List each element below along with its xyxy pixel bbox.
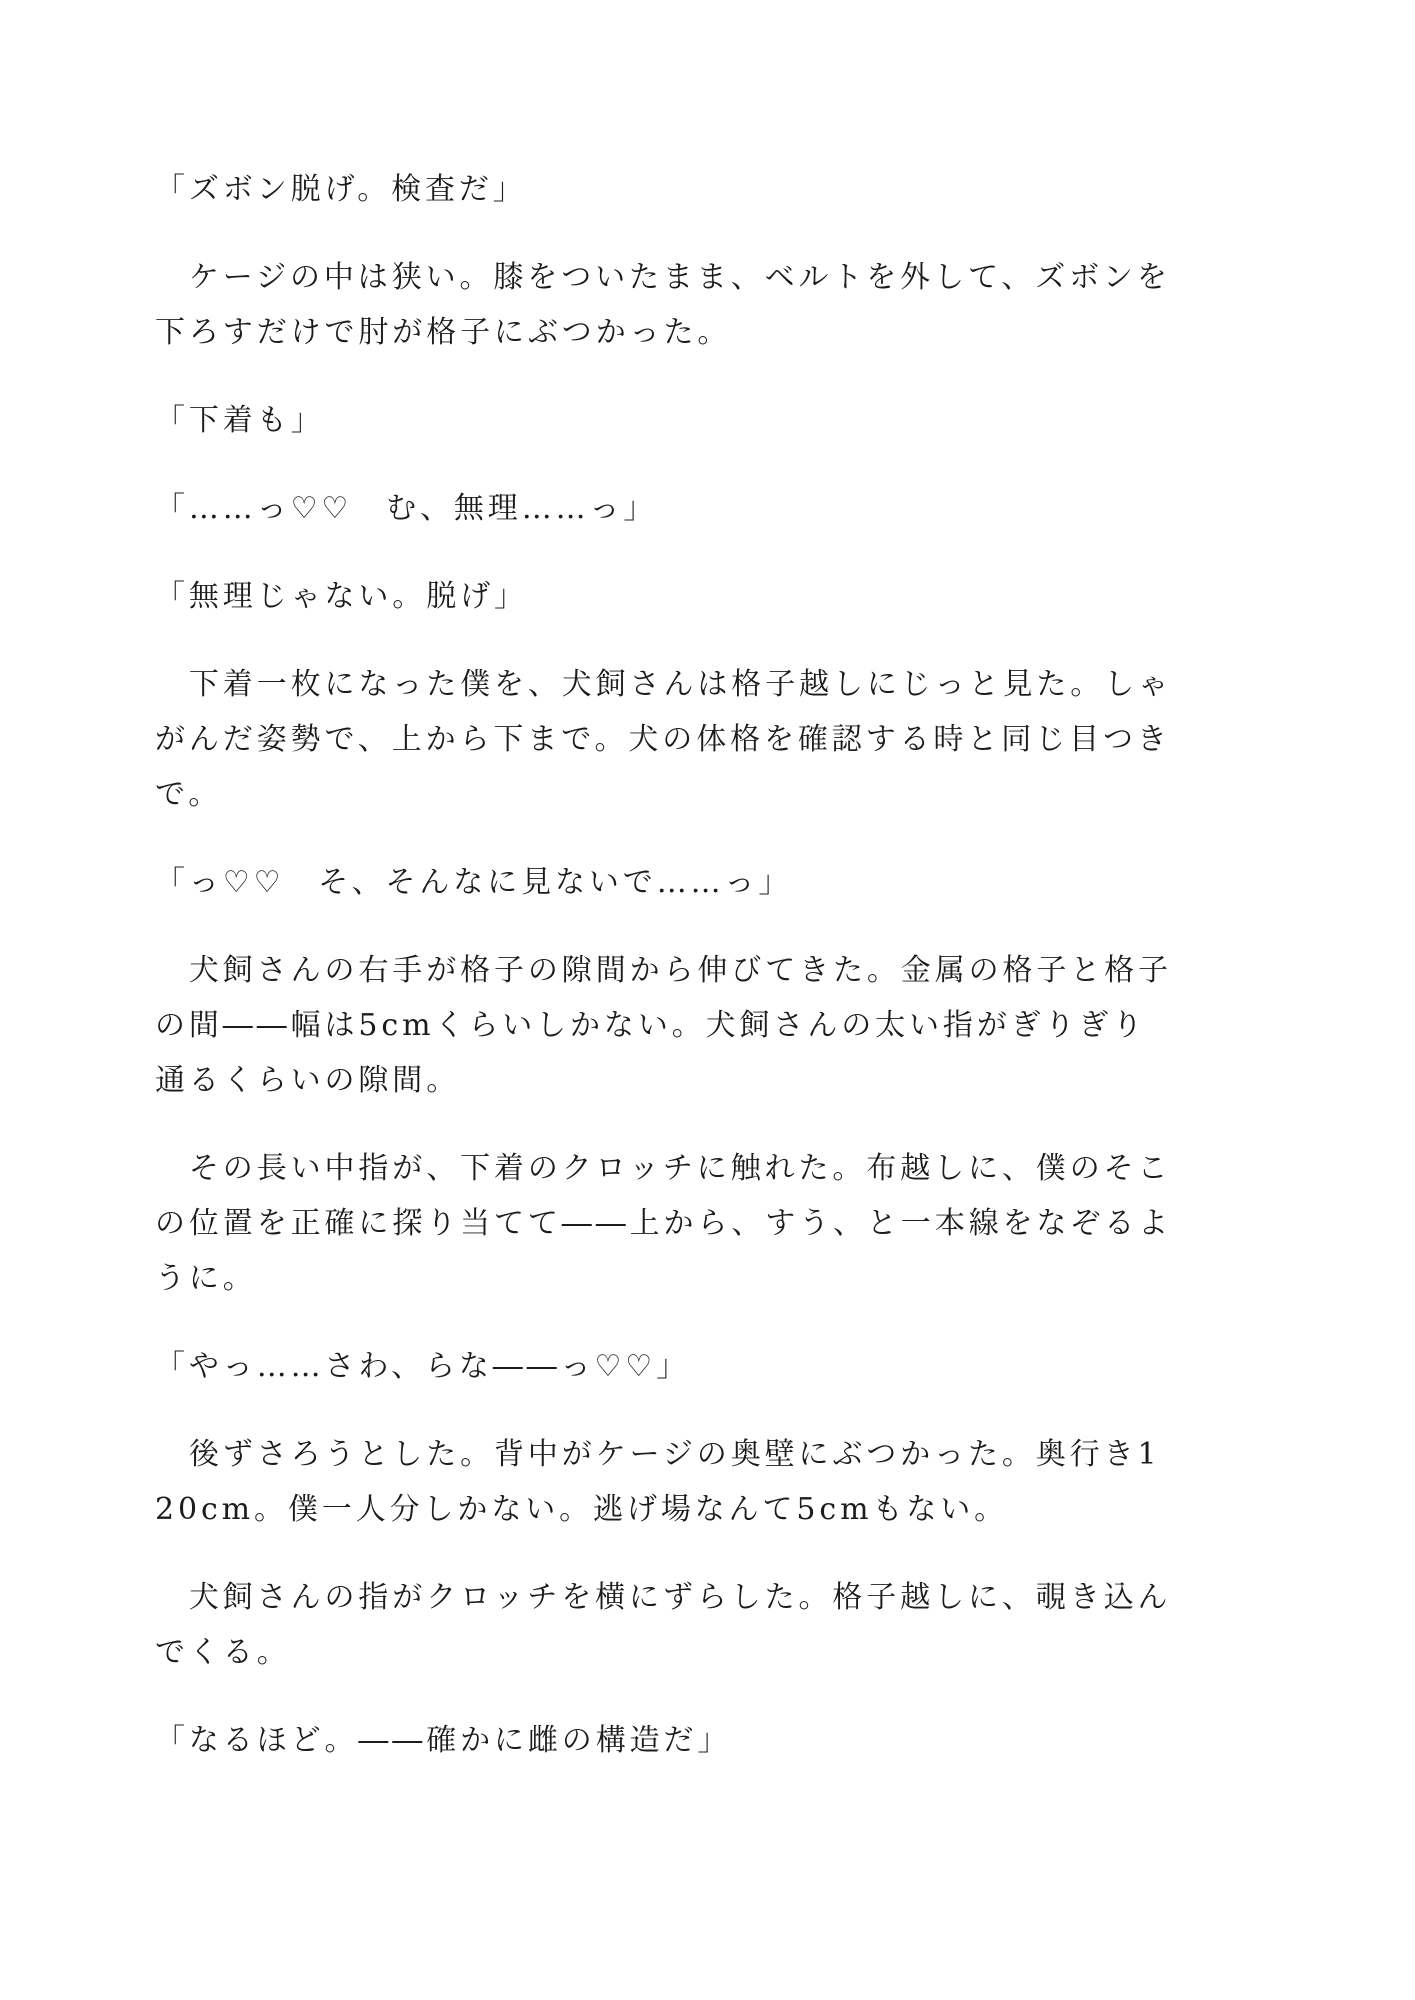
- narration-line: ケージの中は狭い。膝をついたまま、ベルトを外して、ズボンを: [155, 250, 1285, 305]
- narration-paragraph: 下着一枚になった僕を、犬飼さんは格子越しにじっと見た。しゃ がんだ姿勢で、上から…: [155, 657, 1285, 822]
- narration-line: 犬飼さんの右手が格子の隙間から伸びてきた。金属の格子と格子: [155, 943, 1285, 998]
- narration-paragraph: その長い中指が、下着のクロッチに触れた。布越しに、僕のそこ の位置を正確に探り当…: [155, 1141, 1285, 1306]
- narration-paragraph: 犬飼さんの右手が格子の隙間から伸びてきた。金属の格子と格子 の間――幅は5cmく…: [155, 943, 1285, 1108]
- narration-line: の位置を正確に探り当てて――上から、すう、と一本線をなぞるよ: [155, 1196, 1285, 1251]
- narration-line: の間――幅は5cmくらいしかない。犬飼さんの太い指がぎりぎり: [155, 998, 1285, 1053]
- narration-line: 通るくらいの隙間。: [155, 1053, 1285, 1108]
- dialogue-line: 「……っ♡♡ む、無理……っ」: [155, 481, 1285, 536]
- dialogue-block: 「ズボン脱げ。検査だ」: [155, 162, 1285, 217]
- narration-line: でくる。: [155, 1625, 1285, 1680]
- narration-line: がんだ姿勢で、上から下まで。犬の体格を確認する時と同じ目つき: [155, 712, 1285, 767]
- dialogue-block: 「無理じゃない。脱げ」: [155, 569, 1285, 624]
- dialogue-line: 「っ♡♡ そ、そんなに見ないで……っ」: [155, 855, 1285, 910]
- dialogue-block: 「……っ♡♡ む、無理……っ」: [155, 481, 1285, 536]
- dialogue-line: 「下着も」: [155, 393, 1285, 448]
- narration-line: 下ろすだけで肘が格子にぶつかった。: [155, 305, 1285, 360]
- narration-line: で。: [155, 767, 1285, 822]
- dialogue-block: 「なるほど。――確かに雌の構造だ」: [155, 1713, 1285, 1768]
- dialogue-block: 「っ♡♡ そ、そんなに見ないで……っ」: [155, 855, 1285, 910]
- dialogue-line: 「やっ……さわ、らな――っ♡♡」: [155, 1339, 1285, 1394]
- dialogue-block: 「やっ……さわ、らな――っ♡♡」: [155, 1339, 1285, 1394]
- document-page: 「ズボン脱げ。検査だ」 ケージの中は狭い。膝をついたまま、ベルトを外して、ズボン…: [0, 0, 1415, 2000]
- narration-paragraph: 犬飼さんの指がクロッチを横にずらした。格子越しに、覗き込ん でくる。: [155, 1570, 1285, 1680]
- dialogue-line: 「無理じゃない。脱げ」: [155, 569, 1285, 624]
- narration-line: うに。: [155, 1251, 1285, 1306]
- dialogue-line: 「なるほど。――確かに雌の構造だ」: [155, 1713, 1285, 1768]
- dialogue-block: 「下着も」: [155, 393, 1285, 448]
- narration-paragraph: ケージの中は狭い。膝をついたまま、ベルトを外して、ズボンを 下ろすだけで肘が格子…: [155, 250, 1285, 360]
- narration-line: その長い中指が、下着のクロッチに触れた。布越しに、僕のそこ: [155, 1141, 1285, 1196]
- narration-line: 犬飼さんの指がクロッチを横にずらした。格子越しに、覗き込ん: [155, 1570, 1285, 1625]
- narration-paragraph: 後ずさろうとした。背中がケージの奥壁にぶつかった。奥行き1 20cm。僕一人分し…: [155, 1427, 1285, 1537]
- dialogue-line: 「ズボン脱げ。検査だ」: [155, 162, 1285, 217]
- narration-line: 後ずさろうとした。背中がケージの奥壁にぶつかった。奥行き1: [155, 1427, 1285, 1482]
- narration-line: 下着一枚になった僕を、犬飼さんは格子越しにじっと見た。しゃ: [155, 657, 1285, 712]
- narration-line: 20cm。僕一人分しかない。逃げ場なんて5cmもない。: [155, 1482, 1285, 1537]
